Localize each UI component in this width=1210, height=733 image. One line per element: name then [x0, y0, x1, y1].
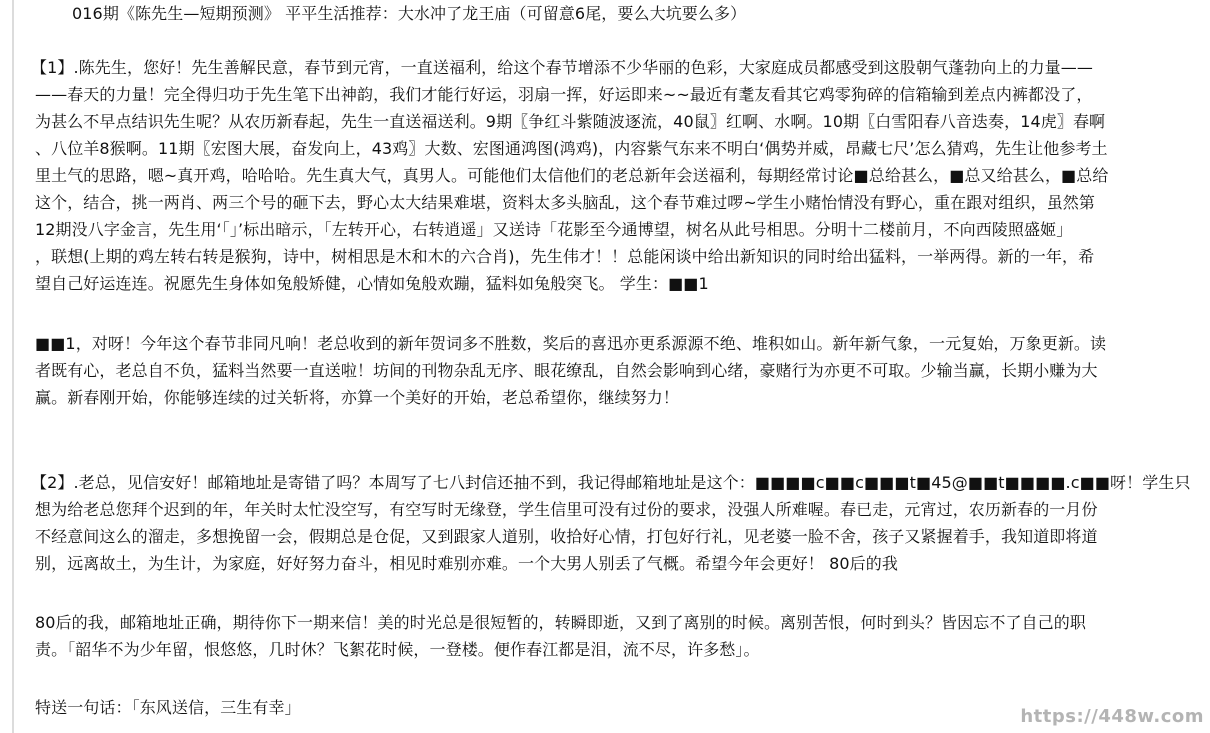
- letter-1-line-4: 、八位羊8猴啊。11期〖宏图大展，奋发向上，43鸡〗大数、宏图通鸿图(鸿鸡)，内…: [35, 138, 1108, 160]
- reply-1-line-2: 者既有心，老总自不负，猛料当然要一直送啦！坊间的刊物杂乱无序、眼花缭乱，自然会影…: [35, 360, 1098, 382]
- letter-1-line-5: 里土气的思路，嗯~真开鸡，哈哈哈。先生真大气，真男人。可能他们太信他们的老总新年…: [35, 165, 1108, 187]
- site-watermark: https://448w.com: [1020, 706, 1204, 727]
- closing-quote: 特送一句话：「东风送信，三生有幸」: [35, 697, 301, 719]
- reply-1-line-1: ■■1，对呀！今年这个春节非同凡响！老总收到的新年贺词多不胜数，奖后的喜迅亦更系…: [35, 333, 1106, 355]
- letter-1-line-7: 12期没八字金言，先生用‘「」’标出暗示，「左转开心，右转逍遥」又送诗「花影至今…: [35, 219, 1072, 241]
- issue-title: 016期《陈先生—短期预测》 平平生活推荐：大水冲了龙王庙（可留意6尾，要么大坑…: [72, 3, 746, 25]
- left-border-rule: [12, 0, 14, 733]
- letter-1-line-9: 望自己好运连连。祝愿先生身体如兔般矫健，心情如兔般欢蹦，猛料如兔般突飞。 学生：…: [35, 273, 709, 295]
- letter-2-line-1: 【2】.老总，见信安好！邮箱地址是寄错了吗？本周写了七八封信还抽不到，我记得邮箱…: [31, 472, 1191, 494]
- reply-1-line-3: 赢。新春刚开始，你能够连续的过关斩将，亦算一个美好的开始，老总希望你，继续努力！: [35, 387, 679, 409]
- letter-1-line-6: 这个，结合，挑一两肖、两三个号的砸下去，野心太大结果难堪，资料太多头脑乱，这个春…: [35, 192, 1095, 214]
- reply-2-line-1: 80后的我，邮箱地址正确，期待你下一期来信！美的时光总是很短暂的，转瞬即逝，又到…: [35, 612, 1086, 634]
- reply-2-line-2: 责。「韶华不为少年留，恨悠悠，几时休？飞絮花时候，一登楼。便作春江都是泪，流不尽…: [35, 639, 760, 661]
- letter-2-line-2: 想为给老总您拜个迟到的年，年关时太忙没空写，有空写时无缘登，学生信里可没有过份的…: [35, 499, 1098, 521]
- letter-1-line-2: ——春天的力量！完全得归功于先生笔下出神韵，我们才能行好运，羽扇一挥，好运即来~…: [35, 84, 1092, 106]
- letter-1-line-3: 为甚么不早点结识先生呢？从农历新春起，先生一直送福送利。9期〖争红斗紫随波逐流，…: [35, 111, 1105, 133]
- letter-2-line-4: 别，远离故土，为生计，为家庭，好好努力奋斗，相见时难别亦难。一个大男人别丢了气概…: [35, 553, 898, 575]
- letter-1-line-1: 【1】.陈先生，您好！先生善解民意，春节到元宵，一直送福利，给这个春节增添不少华…: [31, 57, 1093, 79]
- letter-1-line-8: ，联想(上期的鸡左转右转是猴狗，诗中，树相思是木和木的六合肖)，先生伟才！！总能…: [35, 246, 1094, 268]
- letter-2-line-3: 不经意间这么的溜走，多想挽留一会，假期总是仓促，又到跟家人道别，收拾好心情，打包…: [35, 526, 1098, 548]
